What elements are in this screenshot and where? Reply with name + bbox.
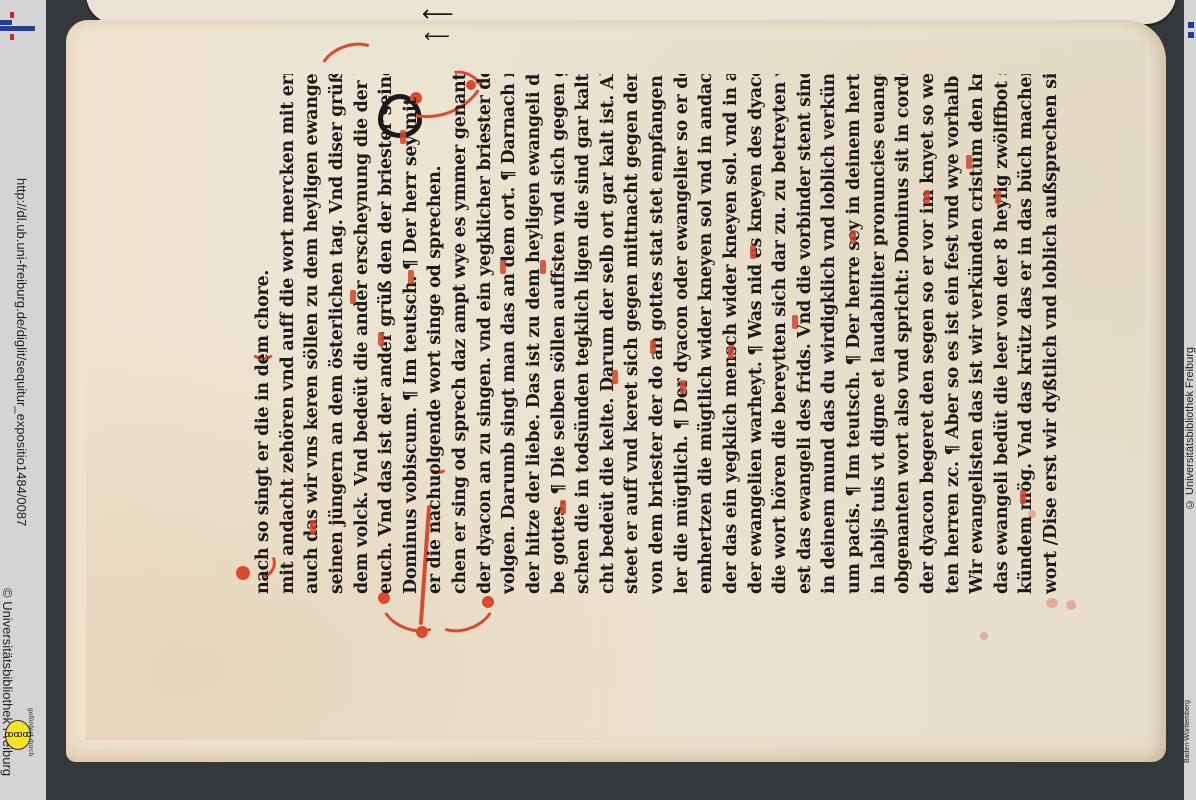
viewer-left-sidebar: http://dl.ub.uni-freiburg.de/diglit/sequ… (0, 0, 46, 800)
text-line: be gottes. ¶ Die selben söllen auffsten … (548, 74, 570, 594)
text-line-content: der dyacon begeret den segen so er vor i… (917, 74, 939, 594)
text-line-content: steet er auff vnd keret sich gegen mittn… (621, 74, 643, 594)
rubric-mark (310, 520, 316, 534)
text-line: ler die mügtlich. ¶ Der dyacon oder ewan… (671, 74, 693, 594)
viewer-right-sidebar: © Universitätsbibliothek Freiburg Baden-… (1184, 0, 1196, 800)
text-line: est das ewangeli des frids. Vnd die vorb… (794, 74, 816, 594)
text-line-content: nach so singt er die in dem chore. (252, 74, 274, 594)
text-line: obgenanten wort also vnd spricht: Dominu… (892, 74, 914, 594)
text-line: chen er sing od sprech daz ampt wye es y… (449, 74, 471, 594)
mirror-logo-icon (1188, 22, 1194, 28)
rubric-mark (378, 332, 384, 346)
red-stain (1066, 600, 1076, 610)
text-line: in deinem mund das du wirdigklich vnd lo… (818, 74, 840, 594)
text-line-content: schen die in todsünden tegklich ligen di… (572, 74, 594, 594)
text-line-content: von dem briester der do an gottes stat s… (646, 74, 668, 594)
text-line-content: be gottes. ¶ Die selben söllen auffsten … (548, 74, 570, 594)
red-flourish-dot (416, 626, 428, 638)
text-line: um pacis. ¶ Im teutsch. ¶ Der herre sey … (843, 74, 865, 594)
text-line: der dyacon begeret den segen so er vor i… (917, 74, 939, 594)
text-line: der das ein yegklich mensch wider kneyen… (720, 74, 742, 594)
text-line-content: kündem mög. Vnd das krütz das er in das … (1015, 74, 1037, 594)
text-line-content: in deinem mund das du wirdigklich vnd lo… (818, 74, 840, 594)
text-line-content: der das ein yegklich mensch wider kneyen… (720, 74, 742, 594)
rubric-mark (966, 155, 972, 169)
rubric-mark (924, 190, 930, 204)
text-line-content: der hitze der liebe. Das ist zu dem heyl… (523, 74, 545, 594)
text-line: die wort hören die bereytten sich dar zu… (769, 74, 791, 594)
text-line-content: er die nachuolgende wort singe od sprech… (424, 74, 446, 594)
text-line-content: Wir ewangelisten das ist wir verkünden c… (966, 74, 988, 594)
permalink-url[interactable]: http://dl.ub.uni-freiburg.de/diglit/sequ… (14, 178, 29, 526)
mirror-logo-icon-2 (1188, 32, 1194, 38)
rubric-mark (750, 245, 756, 259)
text-line-content: dem volck. Vnd bedeüt die ander erscheyn… (351, 74, 373, 594)
rubric-mark (350, 290, 356, 304)
text-line-content: seinen jüngern an dem österlichen tag. V… (326, 74, 348, 594)
red-stain (980, 632, 988, 640)
text-line: seinen jüngern an dem österlichen tag. V… (326, 74, 348, 594)
text-line-content: est das ewangeli des frids. Vnd die vorb… (794, 74, 816, 594)
rubric-mark (728, 345, 734, 359)
rubric-mark (1020, 490, 1026, 504)
text-line: der ewangelien warheyt. ¶ Was nid es kne… (745, 74, 767, 594)
rubric-mark (540, 260, 546, 274)
text-line: nach so singt er die in dem chore. (252, 74, 274, 594)
text-line: er die nachuolgende wort singe od sprech… (424, 74, 446, 594)
rubric-mark (792, 315, 798, 329)
text-line: volgen. Darumb singt man das an dem ort.… (498, 74, 520, 594)
text-line: in labijs tuis vt digne et laudabiliter … (868, 74, 890, 594)
text-line-content: emhertzen die mügtlich wider kneyen sol … (695, 74, 717, 594)
red-stain (1046, 598, 1058, 608)
text-line: von dem briester der do an gottes stat s… (646, 74, 668, 594)
text-line-content: cht bedeüt die kelte. Darum der selb ort… (597, 74, 619, 594)
red-flourish-dot (482, 596, 494, 608)
text-line: auch das wir vns keren söllen zu dem hey… (301, 74, 323, 594)
ub-freiburg-logo-icon (0, 12, 40, 42)
text-line-content: die wort hören die bereytten sich dar zu… (769, 74, 791, 594)
rubric-mark (400, 130, 406, 144)
text-line: kündem mög. Vnd das krütz das er in das … (1015, 74, 1037, 594)
arrow-left-icon-2: ⟵ (424, 26, 450, 47)
text-line: steet er auff vnd keret sich gegen mittn… (621, 74, 643, 594)
rubric-mark (850, 230, 856, 244)
text-line: Dominus vobiscum. ¶ Im teutsch. ¶ Der he… (400, 74, 422, 594)
rubric-mark (680, 380, 686, 394)
text-line-content: ten herren zc. ¶ Aber so es ist ein fest… (942, 74, 964, 594)
text-line: dem volck. Vnd bedeüt die ander erscheyn… (351, 74, 373, 594)
text-line-content: in labijs tuis vt digne et laudabiliter … (868, 74, 890, 594)
text-line: schen die in todsünden tegklich ligen di… (572, 74, 594, 594)
text-column: wort /Dise erst wir dyßtlich vnd loblich… (252, 74, 1052, 594)
rubric-mark (995, 190, 1001, 204)
text-line: der hitze der liebe. Das ist zu dem heyl… (523, 74, 545, 594)
text-line-content: der ewangelien warheyt. ¶ Was nid es kne… (745, 74, 767, 594)
text-line: das ewangeli bedüt die leer von der 8 he… (991, 74, 1013, 594)
text-line: emhertzen die mügtlich wider kneyen sol … (695, 74, 717, 594)
text-line-content: mit andacht zehören vnd auff die wort me… (277, 74, 299, 594)
rubric-mark (408, 270, 414, 284)
funder-label: gefördert durch (27, 708, 34, 756)
arrow-left-icon: ⟵ (422, 2, 454, 27)
text-line: Wir ewangelisten das ist wir verkünden c… (966, 74, 988, 594)
text-line-content: um pacis. ¶ Im teutsch. ¶ Der herre sey … (843, 74, 865, 594)
rubric-mark (500, 260, 506, 274)
text-line: wort /Dise erst wir dyßtlich vnd loblich… (1040, 74, 1062, 594)
text-line-content: Dominus vobiscum. ¶ Im teutsch. ¶ Der he… (400, 74, 422, 594)
rubric-mark (650, 340, 656, 354)
text-line: ten herren zc. ¶ Aber so es ist ein fest… (942, 74, 964, 594)
text-line-content: ler die mügtlich. ¶ Der dyacon oder ewan… (671, 74, 693, 594)
text-line-content: chen er sing od sprech daz ampt wye es y… (449, 74, 471, 594)
text-line-content: der dyacon an zu singen. vnd ein yegklic… (474, 74, 496, 594)
text-line-content: wort /Dise erst wir dyßtlich vnd loblich… (1040, 74, 1062, 594)
text-line-content: das ewangeli bedüt die leer von der 8 he… (991, 74, 1013, 594)
text-line-content: volgen. Darumb singt man das an dem ort.… (498, 74, 520, 594)
rubric-mark (612, 370, 618, 384)
text-line: der dyacon an zu singen. vnd ein yegklic… (474, 74, 496, 594)
text-line: cht bedeüt die kelte. Darum der selb ort… (597, 74, 619, 594)
mirrored-copyright: © Universitätsbibliothek Freiburg (1184, 290, 1196, 510)
rubric-mark (560, 500, 566, 514)
text-line-content: auch das wir vns keren söllen zu dem hey… (301, 74, 323, 594)
mirrored-funder-label: Baden-Württemberg (1184, 700, 1196, 763)
text-line: mit andacht zehören vnd auff die wort me… (277, 74, 299, 594)
text-line-content: obgenanten wort also vnd spricht: Dominu… (892, 74, 914, 594)
